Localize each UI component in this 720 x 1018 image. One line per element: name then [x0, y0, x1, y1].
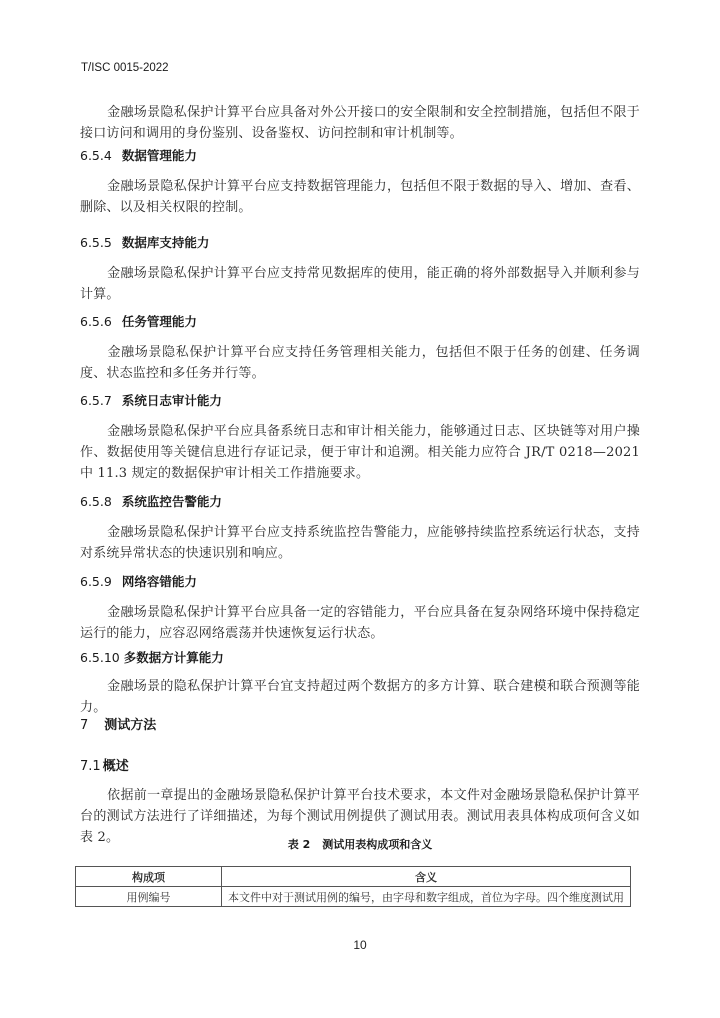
section-number: 7.1: [80, 759, 101, 774]
section-heading-6-5-4: 6.5.4数据管理能力: [80, 146, 197, 164]
table-row: 用例编号 本文件中对于测试用例的编号，由字母和数字组成，首位为字母。四个维度测试…: [76, 887, 631, 907]
column-header: 含义: [222, 867, 631, 887]
document-id-header: T/ISC 0015-2022: [81, 62, 169, 74]
table-number: 表 2: [288, 838, 310, 851]
section-title: 系统监控告警能力: [122, 494, 222, 509]
table-header-row: 构成项 含义: [76, 867, 631, 887]
section-number: 6.5.10: [80, 650, 120, 665]
section-heading-7: 7测试方法: [80, 714, 156, 733]
section-number: 6.5.6: [80, 314, 112, 329]
section-title: 测试方法: [104, 718, 156, 733]
paragraph-text: 金融场景隐私保护计算平台应具备一定的容错能力，平台应具备在复杂网络环境中保持稳定…: [80, 605, 640, 641]
paragraph-6-5-3: 金融场景隐私保护计算平台应具备对外公开接口的安全限制和安全控制措施，包括但不限于…: [80, 102, 640, 144]
section-title: 系统日志审计能力: [122, 393, 222, 408]
section-heading-6-5-10: 6.5.10多数据方计算能力: [80, 648, 224, 666]
column-header: 构成项: [76, 867, 222, 887]
section-title: 数据库支持能力: [122, 235, 210, 250]
paragraph-6-5-4: 金融场景隐私保护计算平台应支持数据管理能力，包括但不限于数据的导入、增加、查看、…: [80, 176, 640, 218]
section-title: 网络容错能力: [122, 574, 197, 589]
test-table-structure: 构成项 含义 用例编号 本文件中对于测试用例的编号，由字母和数字组成，首位为字母…: [75, 866, 631, 907]
section-heading-6-5-6: 6.5.6任务管理能力: [80, 312, 197, 330]
paragraph-6-5-5: 金融场景隐私保护计算平台应支持常见数据库的使用，能正确的将外部数据导入并顺利参与…: [80, 263, 640, 305]
paragraph-6-5-8: 金融场景隐私保护计算平台应支持系统监控告警能力，应能够持续监控系统运行状态，支持…: [80, 522, 640, 564]
paragraph-text: 金融场景隐私保护计算平台应支持数据管理能力，包括但不限于数据的导入、增加、查看、…: [80, 179, 640, 215]
section-heading-6-5-9: 6.5.9网络容错能力: [80, 572, 197, 590]
table-title: 测试用表构成项和含义: [322, 838, 432, 851]
section-number: 7: [80, 718, 88, 733]
paragraph-text: 金融场景隐私保护计算平台应具备对外公开接口的安全限制和安全控制措施，包括但不限于…: [80, 105, 640, 141]
section-title: 任务管理能力: [122, 314, 197, 329]
section-number: 6.5.5: [80, 235, 112, 250]
paragraph-6-5-6: 金融场景隐私保护计算平台应支持任务管理相关能力，包括但不限于任务的创建、任务调度…: [80, 342, 640, 384]
paragraph-6-5-10: 金融场景的隐私保护计算平台宜支持超过两个数据方的多方计算、联合建模和联合预测等能…: [80, 676, 640, 718]
table-caption: 表 2测试用表构成项和含义: [0, 836, 720, 852]
section-heading-6-5-5: 6.5.5数据库支持能力: [80, 233, 209, 251]
table-cell: 本文件中对于测试用例的编号，由字母和数字组成，首位为字母。四个维度测试用: [222, 887, 631, 907]
paragraph-6-5-9: 金融场景隐私保护计算平台应具备一定的容错能力，平台应具备在复杂网络环境中保持稳定…: [80, 602, 640, 644]
table-cell: 用例编号: [76, 887, 222, 907]
section-number: 6.5.7: [80, 393, 112, 408]
section-title: 概述: [103, 759, 129, 774]
paragraph-text: 金融场景隐私保护计算平台应支持任务管理相关能力，包括但不限于任务的创建、任务调度…: [80, 345, 640, 381]
section-number: 6.5.4: [80, 148, 112, 163]
page-number: 10: [0, 938, 720, 952]
section-title: 数据管理能力: [122, 148, 197, 163]
paragraph-text: 金融场景隐私保护计算平台应支持常见数据库的使用，能正确的将外部数据导入并顺利参与…: [80, 266, 640, 302]
paragraph-text: 金融场景隐私保护计算平台应支持系统监控告警能力，应能够持续监控系统运行状态，支持…: [80, 525, 640, 561]
section-heading-6-5-8: 6.5.8系统监控告警能力: [80, 492, 222, 510]
section-heading-6-5-7: 6.5.7系统日志审计能力: [80, 391, 222, 409]
paragraph-6-5-7: 金融场景隐私保护平台应具备系统日志和审计相关能力，能够通过日志、区块链等对用户操…: [80, 421, 640, 484]
section-title: 多数据方计算能力: [124, 650, 224, 665]
paragraph-text: 金融场景隐私保护平台应具备系统日志和审计相关能力，能够通过日志、区块链等对用户操…: [80, 424, 640, 481]
paragraph-text: 金融场景的隐私保护计算平台宜支持超过两个数据方的多方计算、联合建模和联合预测等能…: [80, 679, 640, 715]
section-number: 6.5.9: [80, 574, 112, 589]
section-heading-7-1: 7.1概述: [80, 755, 129, 774]
section-number: 6.5.8: [80, 494, 112, 509]
